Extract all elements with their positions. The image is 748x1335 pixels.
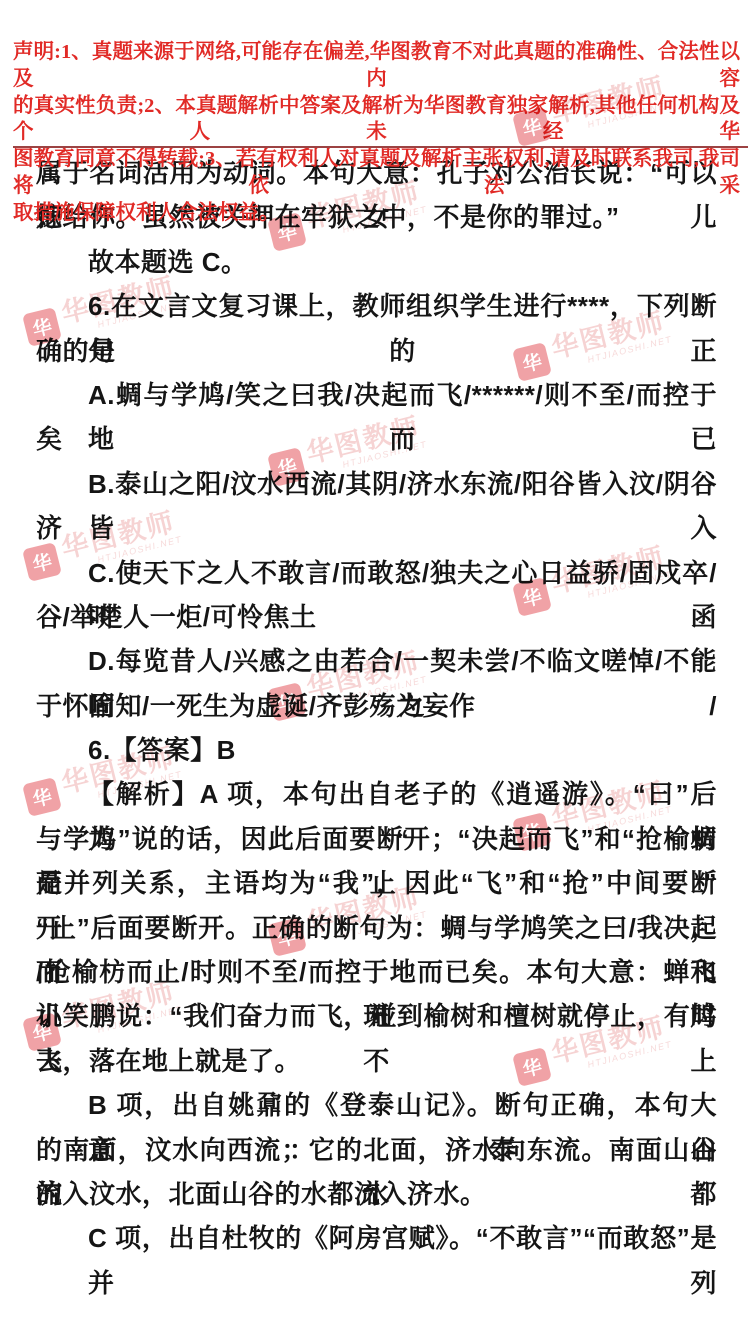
document-body: 属于名词活用为动词。本句大意：孔子对公治长说：“可以把女儿嫁给你。虽然被关押在牢…	[36, 151, 717, 1261]
text-line: B.泰山之阳/汶水西流/其阴/济水东流/阳谷皆入汶/阴谷皆入	[36, 462, 717, 506]
text-line: /抢榆枋而止/时则不至/而控于地而已矣。本句大意：蝉和小斑鸠	[36, 950, 717, 994]
text-line: 6.在文言文复习课上，教师组织学生进行****，下列断句的正	[36, 284, 717, 328]
text-line: B 项，出自姚鼐的《登泰山记》。断句正确，本句大意：泰山	[36, 1083, 717, 1127]
text-line: 【解析】A 项，本句出自老子的《逍遥游》。“曰”后为“蜩	[36, 772, 717, 816]
disclaimer: 声明:1、真题来源于网络,可能存在偏差,华图教育不对此真题的准确性、合法性以及内…	[13, 39, 740, 227]
text-line: 的南面，汶水向西流；它的北面，济水向东流。南面山谷的水都	[36, 1128, 717, 1172]
text-line: 6.【答案】B	[36, 728, 717, 772]
text-line: 与学鸠”说的话，因此后面要断开；“决起而飞”和“抢榆枋而止”	[36, 817, 717, 861]
text-line: C 项，出自杜牧的《阿房宫赋》。“不敢言”“而敢怒”是并列	[36, 1216, 717, 1260]
text-line: C.使天下之人不敢言/而敢怒/独夫之心日益骄/固戍卒/叫函	[36, 551, 717, 595]
document-page: 属于名词活用为动词。本句大意：孔子对公治长说：“可以把女儿嫁给你。虽然被关押在牢…	[0, 0, 748, 1335]
disclaimer-divider	[13, 146, 748, 148]
text-line: 是并列关系，主语均为“我”，因此“飞”和“抢”中间要断开，	[36, 861, 717, 905]
disclaimer-line: 的真实性负责;2、本真题解析中答案及解析为华图教育独家解析,其他任何机构及个人未…	[13, 93, 740, 147]
text-line: 讥笑鹏说：“我们奋力而飞，碰到榆树和檀树就停止，有时飞不上	[36, 994, 717, 1038]
disclaimer-line: 图教育同意不得转载;3、若有权利人对真题及解析主张权利,请及时联系我司,我司将依…	[13, 146, 740, 200]
disclaimer-line: 取措施保障权利人合法权益。	[13, 200, 740, 227]
text-line: “止”后面要断开。正确的断句为：蜩与学鸠笑之曰/我决起而飞	[36, 906, 717, 950]
disclaimer-line: 声明:1、真题来源于网络,可能存在偏差,华图教育不对此真题的准确性、合法性以及内…	[13, 39, 740, 93]
text-line: 故本题选 C。	[36, 240, 717, 284]
text-line: A.蜩与学鸠/笑之曰我/决起而飞/******/则不至/而控于地而已	[36, 373, 717, 417]
text-line: D.每览昔人/兴感之由若合/一契未尝/不临文嗟悼/不能喻之/	[36, 639, 717, 683]
